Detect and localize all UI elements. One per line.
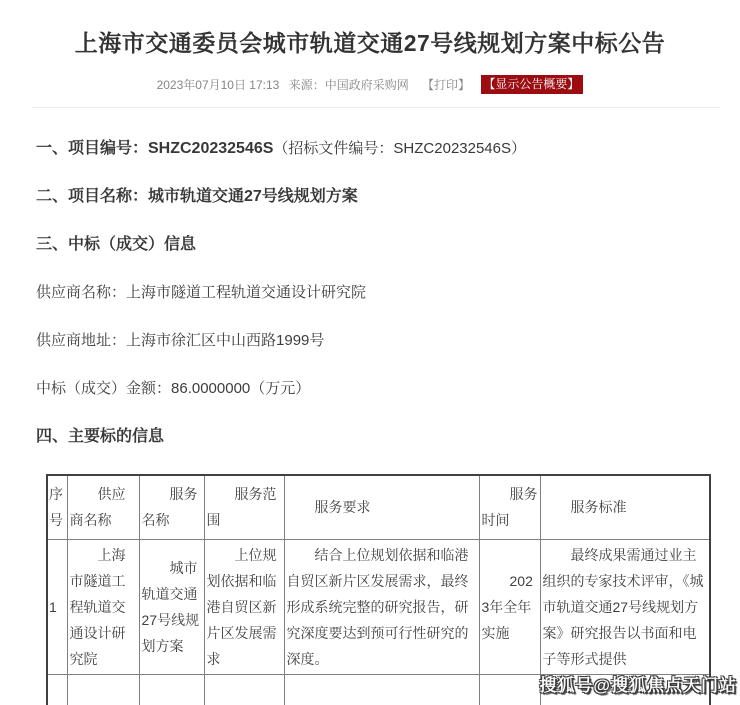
cell-service-requirement: 结合上位规划依据和临港自贸区新片区发展需求，最终形成系统完整的研究报告，研究深度… — [284, 539, 479, 674]
cell-supplier-name: 上海市隧道工程轨道交通设计研究院 — [67, 539, 139, 674]
supplier-name-label: 供应商名称： — [36, 284, 126, 301]
empty-cell — [67, 674, 139, 705]
cell-index: 1 — [47, 539, 67, 674]
col-header-service-scope: 服务范围 — [204, 475, 284, 539]
section-award-info: 三、中标（成交）信息 — [36, 234, 720, 255]
cell-service-name: 城市轨道交通27号线规划方案 — [139, 539, 204, 674]
award-amount-line: 中标（成交）金额：86.0000000（万元） — [36, 378, 720, 399]
print-button[interactable]: 【打印】 — [422, 78, 470, 92]
empty-cell — [139, 674, 204, 705]
supplier-name-line: 供应商名称：上海市隧道工程轨道交通设计研究院 — [36, 282, 720, 303]
section-project-number: 一、项目编号：SHZC20232546S（招标文件编号：SHZC20232546… — [36, 138, 720, 159]
empty-cell — [479, 674, 540, 705]
source-text: 来源：中国政府采购网 — [289, 78, 409, 92]
sohu-watermark: 搜狐号@搜狐焦点天门站 — [539, 671, 737, 696]
section-project-name: 二、项目名称：城市轨道交通27号线规划方案 — [36, 186, 720, 207]
col-header-service-standard: 服务标准 — [540, 475, 710, 539]
project-number-text: 一、项目编号：SHZC20232546S — [36, 140, 273, 157]
supplier-address-label: 供应商地址： — [36, 332, 126, 349]
meta-bar: 2023年07月10日 17:13 来源：中国政府采购网 【打印】 【显示公告概… — [0, 75, 740, 94]
empty-cell — [284, 674, 479, 705]
col-header-index: 序号 — [47, 475, 67, 539]
cell-service-time: 2023年全年实施 — [479, 539, 540, 674]
award-amount-label: 中标（成交）金额： — [36, 380, 171, 397]
empty-cell — [204, 674, 284, 705]
col-header-supplier-name: 供应商名称 — [67, 475, 139, 539]
supplier-address-line: 供应商地址：上海市徐汇区中山西路1999号 — [36, 330, 720, 351]
award-amount-value: 86.0000000（万元） — [171, 380, 310, 397]
col-header-service-name: 服务名称 — [139, 475, 204, 539]
supplier-name-value: 上海市隧道工程轨道交通设计研究院 — [126, 284, 366, 301]
publish-datetime: 2023年07月10日 17:13 — [157, 78, 280, 92]
page-title: 上海市交通委员会城市轨道交通27号线规划方案中标公告 — [0, 25, 740, 58]
show-summary-badge[interactable]: 【显示公告概要】 — [481, 75, 583, 94]
section-main-subject-info: 四、主要标的信息 — [36, 426, 720, 447]
col-header-service-time: 服务时间 — [479, 475, 540, 539]
col-header-service-requirement: 服务要求 — [284, 475, 479, 539]
empty-cell — [47, 674, 67, 705]
tender-doc-number-text: （招标文件编号：SHZC20232546S） — [273, 140, 526, 157]
table-row: 1 上海市隧道工程轨道交通设计研究院 城市轨道交通27号线规划方案 上位规划依据… — [47, 539, 710, 674]
supplier-address-value: 上海市徐汇区中山西路1999号 — [126, 332, 324, 349]
cell-service-scope: 上位规划依据和临港自贸区新片区发展需求 — [204, 539, 284, 674]
announcement-body: 一、项目编号：SHZC20232546S（招标文件编号：SHZC20232546… — [0, 108, 740, 705]
table-header-row: 序号 供应商名称 服务名称 服务范围 服务要求 服务时间 服务标准 — [47, 475, 710, 539]
cell-service-standard: 最终成果需通过业主组织的专家技术评审，《城市轨道交通27号线规划方案》研究报告以… — [540, 539, 710, 674]
